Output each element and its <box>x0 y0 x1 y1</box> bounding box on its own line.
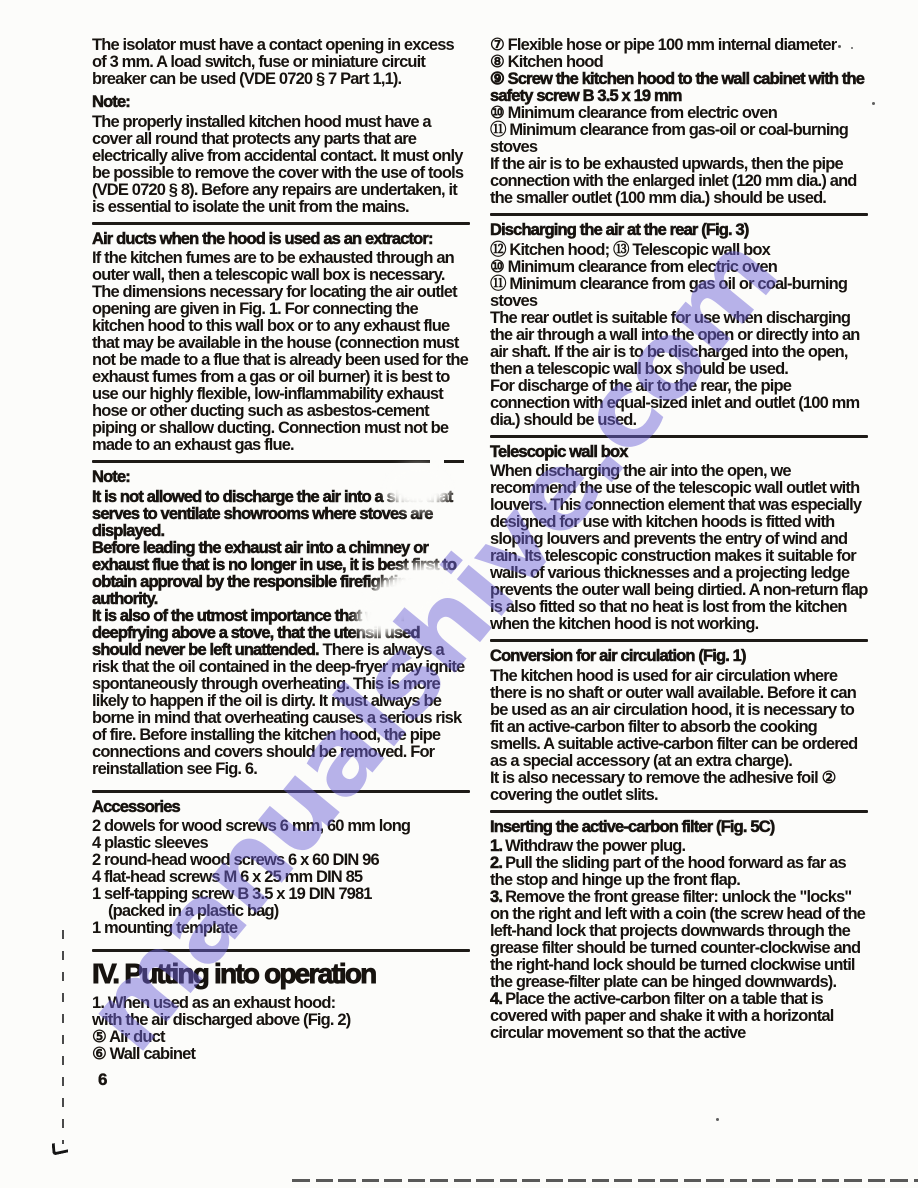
section-divider <box>490 810 868 813</box>
accessory-item: 1 mounting template <box>92 920 470 937</box>
step-text: Withdraw the power plug. <box>505 837 685 855</box>
legend-item-flexible-hose: ⑦ Flexible hose or pipe 100 mm internal … <box>490 37 868 54</box>
operation-line-1: 1. When used as an exhaust hood: <box>92 995 470 1012</box>
legend-item-air-duct: ⑤ Air duct <box>92 1029 470 1046</box>
step-number: 1. <box>490 837 502 855</box>
accessory-item: 1 self-tapping screw B 3.5 x 19 DIN 7981 <box>92 886 470 903</box>
paragraph-air-ducts: If the kitchen fumes are to be exhausted… <box>92 250 470 454</box>
paragraph-rear-pipe: For discharge of the air to the rear, th… <box>490 378 868 429</box>
legend-item-clearance-electric: ⑩ Minimum clearance from electric oven <box>490 105 868 122</box>
section-divider <box>490 435 868 438</box>
scanned-manual-page: The isolator must have a contact opening… <box>0 0 918 1188</box>
scan-speck <box>716 1118 719 1121</box>
step-4: 4.Place the active-carbon filter on a ta… <box>490 991 868 1042</box>
note-2-warning-3: It is also of the utmost importance that… <box>92 608 470 778</box>
paragraph-conversion-2: It is also necessary to remove the adhes… <box>490 770 868 804</box>
rear-discharge-heading: Discharging the air at the rear (Fig. 3) <box>490 222 868 240</box>
section-divider <box>490 213 868 216</box>
accessories-heading: Accessories <box>92 799 470 817</box>
right-column: ⑦ Flexible hose or pipe 100 mm internal … <box>490 37 868 1042</box>
chapter-heading: IV. Putting into operation <box>92 958 470 990</box>
step-1: 1.Withdraw the power plug. <box>490 838 868 855</box>
step-number: 2. <box>490 854 502 872</box>
legend-item-screw-hood: ⑨ Screw the kitchen hood to the wall cab… <box>490 71 868 105</box>
step-2: 2.Pull the sliding part of the hood forw… <box>490 855 868 889</box>
paragraph-conversion-1: The kitchen hood is used for air circula… <box>490 668 868 770</box>
accessory-item: 4 flat-head screws M 6 x 25 mm DIN 85 <box>92 869 470 886</box>
inserting-filter-heading: Inserting the active-carbon filter (Fig.… <box>490 819 868 837</box>
telescopic-heading: Telescopic wall box <box>490 444 868 462</box>
paragraph-isolator: The isolator must have a contact opening… <box>92 37 470 88</box>
scan-hook-mark <box>52 1140 68 1155</box>
paragraph-note-1: The properly installed kitchen hood must… <box>92 114 470 216</box>
scan-white-blotch <box>386 466 450 510</box>
note-2-body-text: There is always a risk that the oil cont… <box>92 641 464 778</box>
accessory-item: 4 plastic sleeves <box>92 835 470 852</box>
paragraph-exhaust-upwards: If the air is to be exhausted upwards, t… <box>490 156 868 207</box>
section-divider <box>92 222 470 225</box>
conversion-heading: Conversion for air circulation (Fig. 1) <box>490 648 868 666</box>
legend-item-wall-cabinet: ⑥ Wall cabinet <box>92 1046 470 1063</box>
paragraph-telescopic: When discharging the air into the open, … <box>490 463 868 633</box>
scan-bottom-dashed-line <box>292 1179 918 1182</box>
scan-speck <box>851 47 853 49</box>
step-number: 3. <box>490 888 502 906</box>
rear-legend-item: ⑪ Minimum clearance from gas oil or coal… <box>490 276 868 310</box>
air-ducts-heading: Air ducts when the hood is used as an ex… <box>92 231 470 249</box>
rear-legend-item: ⑫ Kitchen hood; ⑬ Telescopic wall box <box>490 242 868 259</box>
section-divider <box>92 790 470 793</box>
step-number: 4. <box>490 990 502 1008</box>
scan-speck <box>872 102 875 105</box>
legend-item-clearance-gas: ⑪ Minimum clearance from gas-oil or coal… <box>490 122 868 156</box>
step-text: Place the active-carbon filter on a tabl… <box>490 990 833 1042</box>
step-text: Remove the front grease filter: unlock t… <box>490 888 865 991</box>
step-3: 3.Remove the front grease filter: unlock… <box>490 889 868 991</box>
accessories-list: 2 dowels for wood screws 6 mm, 60 mm lon… <box>92 818 470 937</box>
paragraph-rear-outlet: The rear outlet is suitable for use when… <box>490 310 868 378</box>
section-divider <box>92 460 470 463</box>
left-column: The isolator must have a contact opening… <box>92 37 470 1088</box>
rear-legend-item: ⑩ Minimum clearance from electric oven <box>490 259 868 276</box>
accessory-item: (packed in a plastic bag) <box>92 903 470 920</box>
accessory-item: 2 dowels for wood screws 6 mm, 60 mm lon… <box>92 818 470 835</box>
scan-speck <box>264 912 267 915</box>
page-number: 6 <box>98 1071 470 1088</box>
section-divider <box>92 949 470 952</box>
scan-speck <box>838 45 841 48</box>
accessory-item: 2 round-head wood screws 6 x 60 DIN 96 <box>92 852 470 869</box>
legend-item-kitchen-hood: ⑧ Kitchen hood <box>490 54 868 71</box>
operation-line-2: with the air discharged above (Fig. 2) <box>92 1012 470 1029</box>
section-divider <box>490 639 868 642</box>
step-text: Pull the sliding part of the hood forwar… <box>490 854 846 889</box>
scan-left-dashed-line <box>62 930 64 1144</box>
note-heading-1: Note: <box>92 94 470 112</box>
